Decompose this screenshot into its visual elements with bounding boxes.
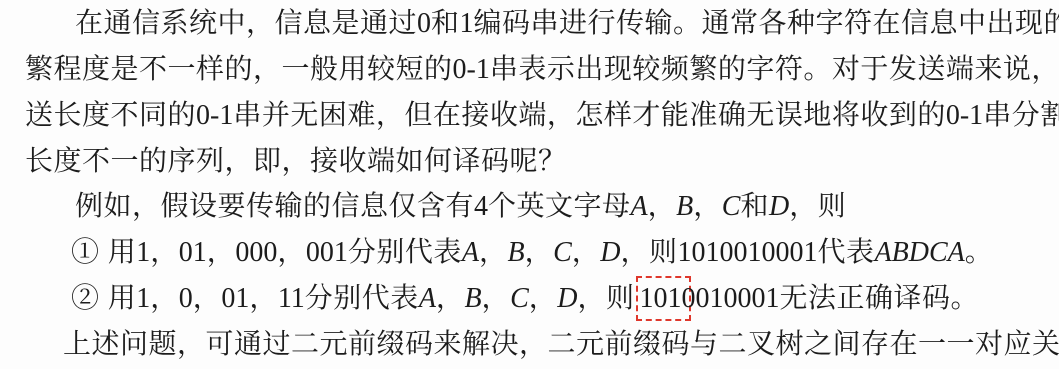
code-digits: 0-1 bbox=[453, 54, 490, 85]
text-line-3: 送长度不同的0-1串并无困难，但在接收端，怎样才能准确无误地将收到的0-1串分割… bbox=[25, 92, 1037, 138]
body-text: ， bbox=[693, 190, 722, 221]
body-text: 长度不一的序列，即，接收端如何译码呢？ bbox=[25, 145, 567, 176]
text-line-4: 长度不一的序列，即，接收端如何译码呢？ bbox=[25, 138, 1037, 183]
body-text: ① 用 bbox=[71, 236, 136, 267]
body-text: 串并无困难，但在接收端，怎样才能准确无误地将收到的 bbox=[233, 99, 946, 130]
body-text: ， bbox=[193, 282, 222, 313]
text-line-1: 在通信系统中，信息是通过0和1编码串进行传输。通常各种字符在信息中出现的频 bbox=[25, 0, 1037, 46]
code-digits: 1 bbox=[136, 237, 150, 268]
body-text: ，则 bbox=[578, 282, 635, 313]
code-digits: 0-1 bbox=[196, 100, 233, 131]
body-text: 上述问题，可通过二元前缀码来解决，二元前缀码与二叉树之间存在一一对应关系。 bbox=[63, 328, 1059, 359]
body-text: 个英文字母 bbox=[488, 190, 631, 221]
code-digits: 000 bbox=[235, 237, 277, 268]
body-text: 送长度不同的 bbox=[25, 99, 196, 130]
code-digits: 4 bbox=[474, 191, 488, 222]
code-digits: 0010001 bbox=[682, 283, 780, 314]
variable-letter: C bbox=[722, 191, 741, 222]
body-text: ， bbox=[529, 282, 558, 313]
body-text: ， bbox=[525, 236, 554, 267]
body-text: ，则 bbox=[789, 190, 846, 221]
text-line-7: ② 用1，0，01，11分别代表A，B，C，D，则1010010001无法正确译… bbox=[25, 275, 1037, 321]
body-text: ， bbox=[150, 282, 179, 313]
variable-letter: B bbox=[676, 191, 693, 222]
variable-letter: C bbox=[510, 283, 529, 314]
body-text: 繁程度是不一样的，一般用较短的 bbox=[25, 53, 453, 84]
code-digits: 0 bbox=[179, 283, 193, 314]
variable-letter: B bbox=[507, 237, 524, 268]
variable-letter: D bbox=[769, 191, 789, 222]
variable-letter: A bbox=[631, 191, 648, 222]
body-text: ， bbox=[648, 190, 677, 221]
body-text: 串表示出现较频繁的字符。对于发送端来说，发 bbox=[490, 53, 1059, 84]
paragraph-text: 在通信系统中，信息是通过0和1编码串进行传输。通常各种字符在信息中出现的频繁程度… bbox=[0, 0, 1059, 366]
body-text: ， bbox=[249, 282, 278, 313]
variable-letter: B bbox=[464, 283, 481, 314]
body-text: 分别代表 bbox=[348, 236, 462, 267]
body-text: 在通信系统中，信息是通过 bbox=[75, 7, 417, 38]
body-text: ，则 bbox=[621, 236, 678, 267]
code-digits: 0-1 bbox=[946, 100, 983, 131]
body-text: ， bbox=[482, 282, 511, 313]
text-line-6: ① 用1，01，000，001分别代表A，B，C，D，则1010010001代表… bbox=[25, 229, 1037, 275]
body-text: ， bbox=[277, 236, 306, 267]
text-line-2: 繁程度是不一样的，一般用较短的0-1串表示出现较频繁的字符。对于发送端来说，发 bbox=[25, 46, 1037, 92]
body-text: 例如，假设要传输的信息仅含有 bbox=[75, 190, 474, 221]
body-text: ② 用 bbox=[71, 282, 136, 313]
variable-letter: C bbox=[553, 237, 572, 268]
code-digits: 1 bbox=[136, 283, 150, 314]
body-text: 无法正确译码。 bbox=[780, 282, 980, 313]
body-text: 代表 bbox=[818, 236, 875, 267]
text-line-8: 上述问题，可通过二元前缀码来解决，二元前缀码与二叉树之间存在一一对应关系。 bbox=[25, 321, 1037, 366]
body-text: ， bbox=[207, 236, 236, 267]
document-page: 在通信系统中，信息是通过0和1编码串进行传输。通常各种字符在信息中出现的频繁程度… bbox=[0, 0, 1059, 369]
code-digits: 1 bbox=[460, 8, 474, 39]
variable-letter: A bbox=[419, 283, 436, 314]
code-digits: 1010010001 bbox=[678, 237, 818, 268]
code-digits: 001 bbox=[306, 237, 348, 268]
body-text: 分别代表 bbox=[305, 282, 419, 313]
variable-letter: D bbox=[557, 283, 577, 314]
variable-letter: A bbox=[462, 237, 479, 268]
code-digits: 11 bbox=[278, 283, 305, 314]
code-digits: 01 bbox=[221, 283, 249, 314]
body-text: ， bbox=[572, 236, 601, 267]
variable-letter: D bbox=[600, 237, 620, 268]
variable-letter: ABDCA bbox=[875, 237, 965, 268]
body-text: 和 bbox=[431, 7, 460, 38]
body-text: 串分割为 bbox=[983, 99, 1059, 130]
body-text: 和 bbox=[740, 190, 769, 221]
code-digits: 01 bbox=[179, 237, 207, 268]
code-digits: 0 bbox=[417, 8, 431, 39]
body-text: 。 bbox=[965, 236, 994, 267]
body-text: ， bbox=[436, 282, 465, 313]
text-line-5: 例如，假设要传输的信息仅含有4个英文字母A，B，C和D，则 bbox=[25, 183, 1037, 229]
body-text: ， bbox=[150, 236, 179, 267]
body-text: ， bbox=[479, 236, 508, 267]
body-text: 编码串进行传输。通常各种字符在信息中出现的频 bbox=[474, 7, 1059, 38]
